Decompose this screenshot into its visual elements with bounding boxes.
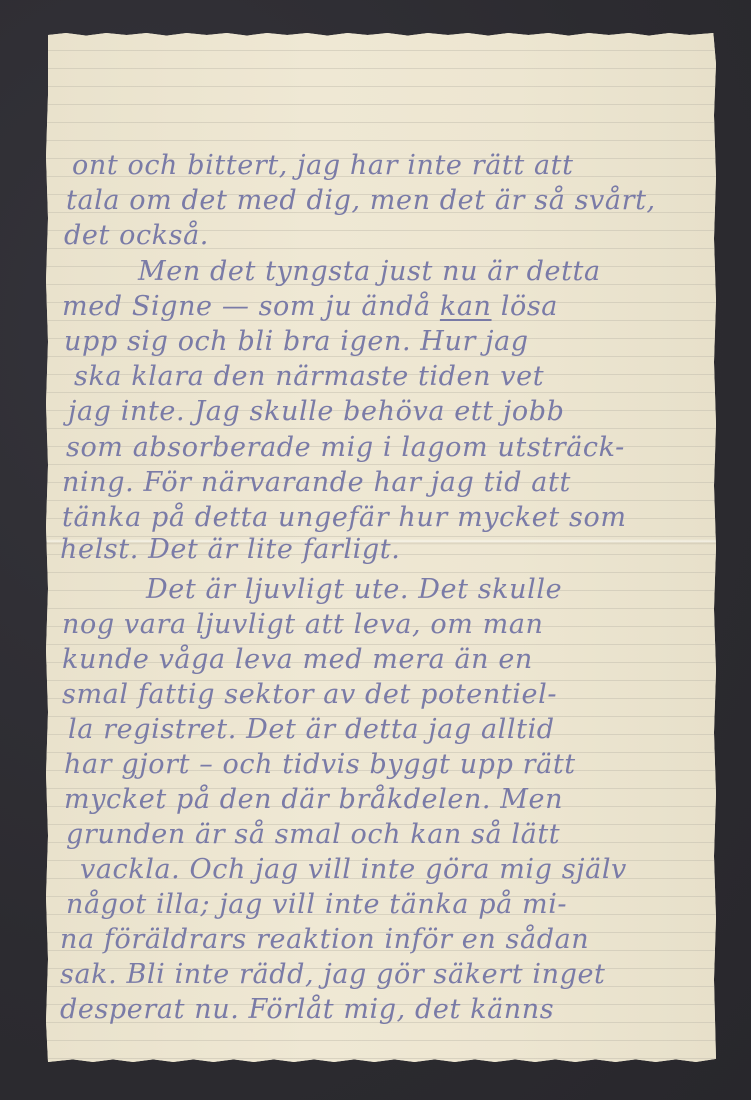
text-line-18: har gjort – och tidvis byggt upp rätt (64, 748, 576, 782)
text-line-4: Men det tyngsta just nu är detta (138, 255, 601, 289)
text-line-25: desperat nu. Förlåt mig, det känns (60, 993, 554, 1027)
text-line-10: ning. För närvarande har jag tid att (62, 466, 571, 500)
text-line-5: med Signe — som ju ändå kan lösa (62, 290, 558, 324)
underlined-word: kan (440, 291, 492, 322)
text-line-9: som absorberade mig i lagom utsträck- (66, 431, 625, 465)
text-line-5-a: med Signe — som ju ändå (62, 291, 440, 322)
text-line-20: grunden är så smal och kan så lätt (66, 818, 560, 852)
text-line-1: ont och bittert, jag har inte rätt att (72, 149, 574, 183)
text-line-3: det också. (64, 219, 209, 253)
text-line-21: vackla. Och jag vill inte göra mig själv (80, 853, 627, 887)
text-line-19: mycket på den där bråkdelen. Men (64, 783, 563, 817)
handwritten-text-body: ont och bittert, jag har inte rätt att t… (46, 33, 716, 1062)
text-line-17: la registret. Det är detta jag alltid (68, 713, 555, 747)
letter-page: ont och bittert, jag har inte rätt att t… (46, 33, 716, 1062)
text-line-8: jag inte. Jag skulle behöva ett jobb (68, 395, 564, 429)
text-line-7: ska klara den närmaste tiden vet (74, 360, 544, 394)
text-line-16: smal fattig sektor av det potentiel- (62, 678, 557, 712)
text-line-23: na föräldrars reaktion inför en sådan (60, 923, 589, 957)
text-line-13: Det är ljuvligt ute. Det skulle (146, 573, 562, 607)
text-line-24: sak. Bli inte rädd, jag gör säkert inget (60, 958, 605, 992)
text-line-14: nog vara ljuvligt att leva, om man (62, 608, 544, 642)
text-line-15: kunde våga leva med mera än en (62, 643, 533, 677)
text-line-6: upp sig och bli bra igen. Hur jag (64, 325, 529, 359)
text-line-12: helst. Det är lite farligt. (60, 533, 400, 567)
text-line-5-b: lösa (492, 291, 558, 322)
text-line-22: något illa; jag vill inte tänka på mi- (66, 888, 567, 922)
text-line-11: tänka på detta ungefär hur mycket som (62, 501, 627, 535)
text-line-2: tala om det med dig, men det är så svårt… (66, 184, 656, 218)
